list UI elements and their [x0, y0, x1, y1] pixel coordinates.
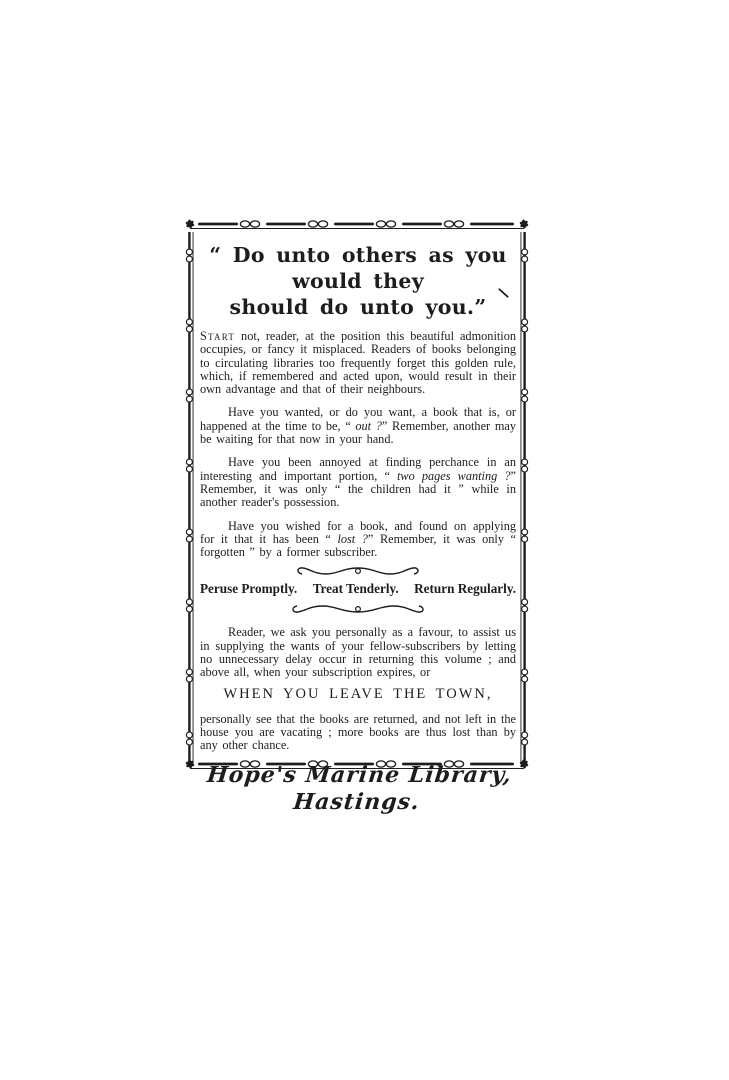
library-signature: Hope's Marine Library, Hastings.	[197, 762, 519, 816]
paragraph-admonition: Start not, reader, at the position this …	[200, 330, 516, 396]
text-segment: not, reader, at the position this beauti…	[200, 329, 516, 396]
title-line-2: should do unto you.”	[200, 294, 516, 320]
paragraph-books-returned: personally see that the books are return…	[200, 713, 516, 753]
paragraph-book-out: Have you wanted, or do you want, a book …	[200, 406, 516, 446]
paragraph-reader-favour: Reader, we ask you personally as a favou…	[200, 626, 516, 679]
page-title: “ Do unto others as you would they shoul…	[200, 242, 516, 320]
text-segment: Reader, we ask you personally as a favou…	[200, 625, 516, 679]
scanned-page: “ Do unto others as you would they shoul…	[0, 0, 729, 1080]
paragraph-book-lost: Have you wished for a book, and found on…	[200, 520, 516, 560]
motto-line: Peruse Promptly. Treat Tenderly. Return …	[200, 581, 516, 597]
town-notice: WHEN YOU LEAVE THE TOWN,	[200, 686, 516, 703]
motto-treat: Treat Tenderly.	[313, 581, 399, 597]
right-rule-border	[517, 230, 531, 766]
motto-return: Return Regularly.	[414, 581, 516, 597]
flourish-ornament-bottom	[200, 602, 516, 616]
left-rule-border	[183, 230, 197, 766]
document-frame: “ Do unto others as you would they shoul…	[182, 218, 532, 776]
text-segment: Start	[200, 329, 235, 343]
flourish-ornament-top	[200, 564, 516, 578]
motto-peruse: Peruse Promptly.	[200, 581, 297, 597]
text-segment: personally see that the books are return…	[200, 712, 516, 753]
text-segment: out ?	[355, 419, 382, 433]
paragraph-pages-wanting: Have you been annoyed at finding perchan…	[200, 456, 516, 509]
title-line-1: “ Do unto others as you would they	[200, 242, 516, 294]
text-segment: lost ?	[337, 532, 367, 546]
text-segment: two pages wanting ?	[397, 469, 511, 483]
document-body: “ Do unto others as you would they shoul…	[200, 218, 516, 816]
